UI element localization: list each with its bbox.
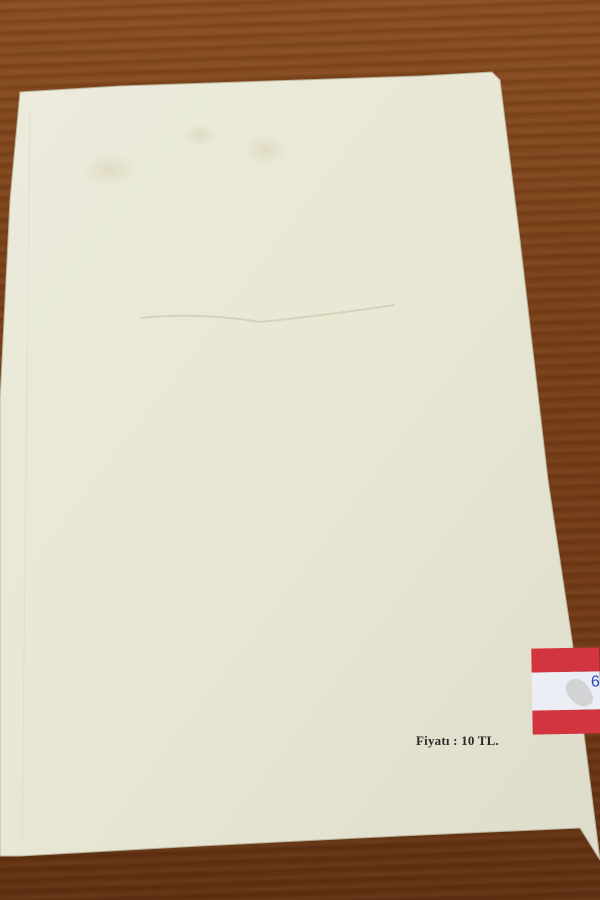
cover-shape — [0, 0, 600, 900]
library-sticker: 6 — [531, 647, 600, 734]
book-back-cover — [0, 0, 600, 900]
sticker-red-band-top — [531, 647, 599, 672]
sticker-handwritten-mark: 6 — [591, 673, 600, 691]
sticker-red-band-bottom — [532, 709, 600, 734]
price-label: Fiyatı : 10 TL. — [416, 733, 499, 749]
